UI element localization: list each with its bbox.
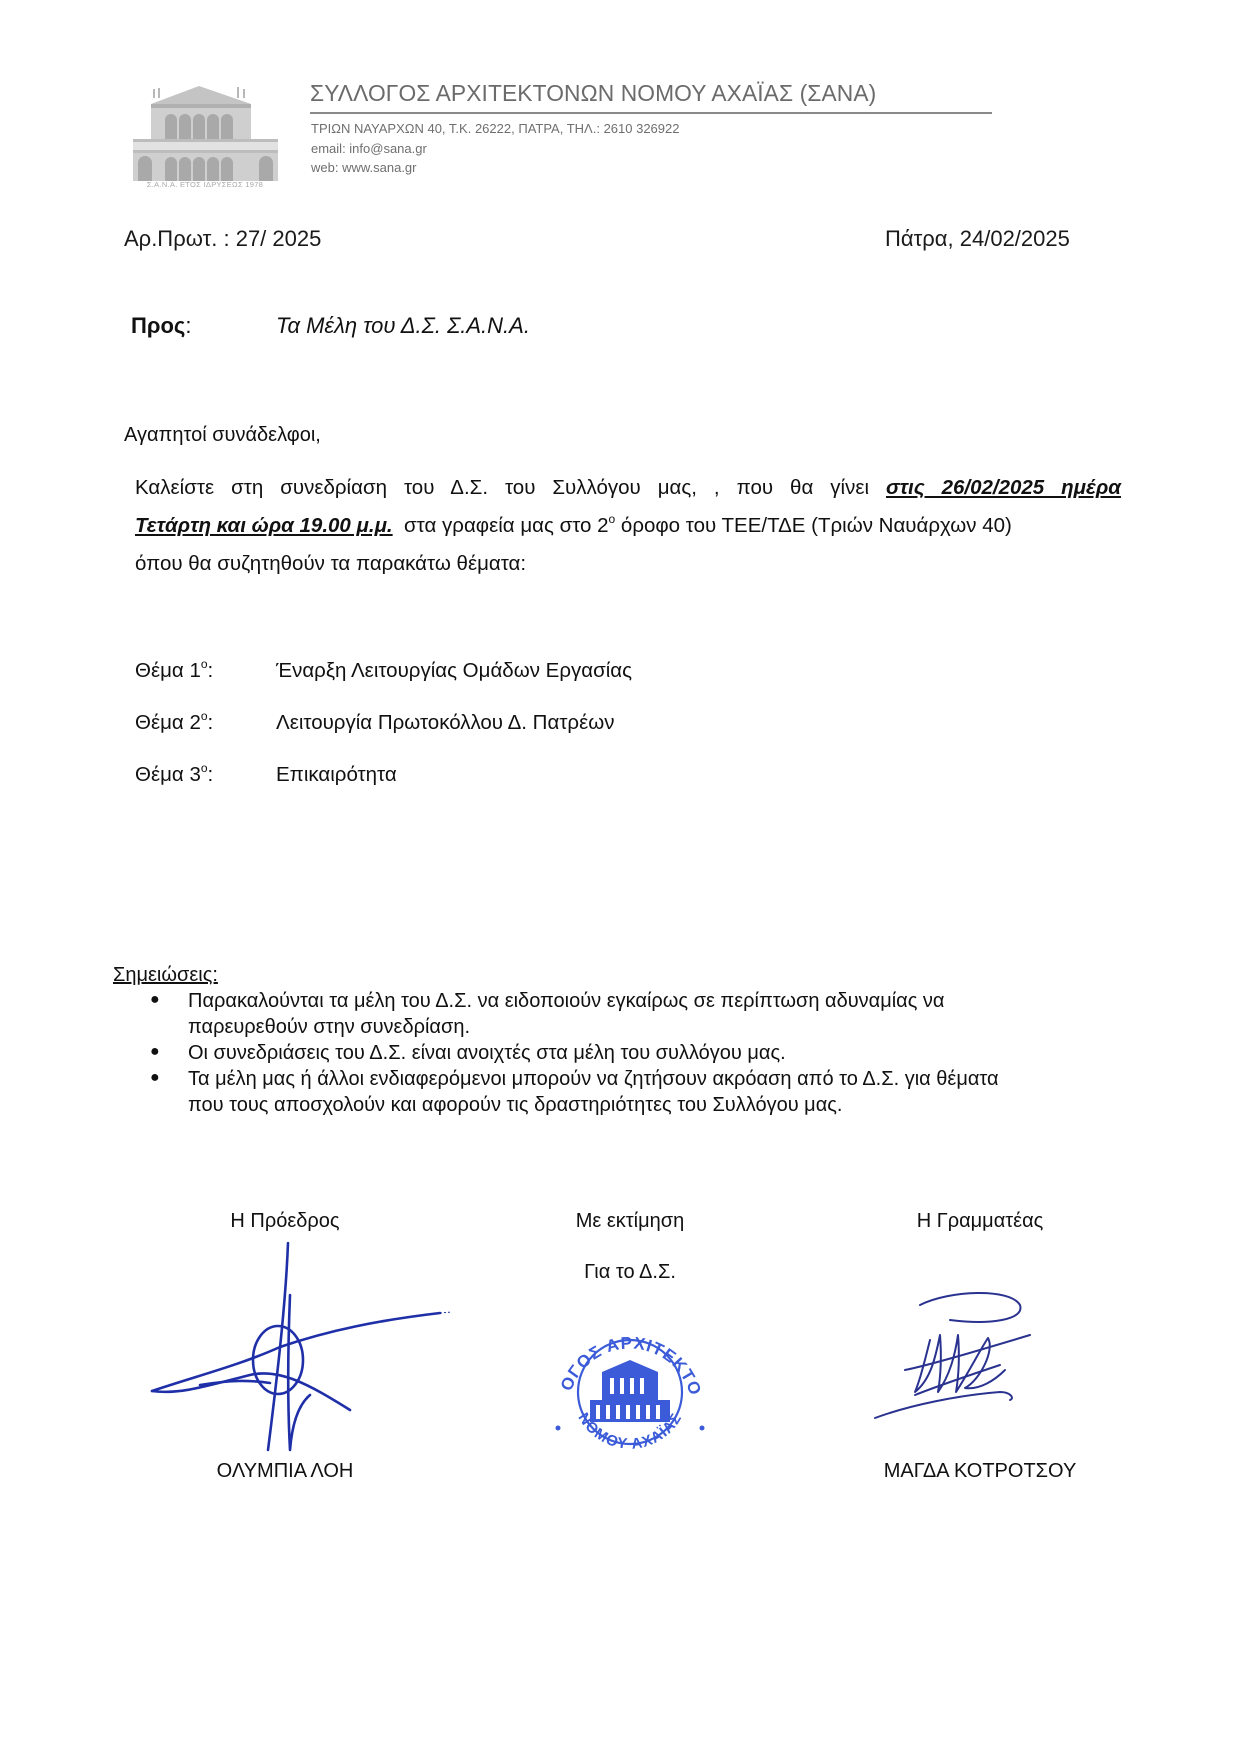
bullet-dot-icon: ● — [150, 991, 160, 1009]
paragraph-text: Καλείστε στη συνεδρίαση του Δ.Σ. του Συλ… — [135, 476, 869, 499]
secretary-title: Η Γραμματέας — [880, 1210, 1080, 1233]
logo-caption: Σ.Α.Ν.Α. ΕΤΟΣ ΙΔΡΥΣΕΩΣ 1978 — [130, 180, 280, 189]
protocol-number: Αρ.Πρωτ. : 27/ 2025 — [124, 226, 321, 252]
bullet-dot-icon: ● — [150, 1043, 160, 1061]
president-signature-icon — [140, 1235, 460, 1465]
topic-label-text: Θέμα 3 — [135, 763, 201, 786]
bullet-dot-icon: ● — [150, 1069, 160, 1087]
paragraph-line-1: Καλείστε στη συνεδρίαση του Δ.Σ. του Συλ… — [135, 476, 1121, 500]
invitation-paragraph: Καλείστε στη συνεδρίαση του Δ.Σ. του Συλ… — [135, 476, 1121, 596]
topic-1-label: Θέμα 1ο: — [135, 659, 213, 683]
topic-label-text: Θέμα 2 — [135, 711, 201, 734]
ordinal-superscript: ο — [201, 709, 208, 723]
organization-address: ΤΡΙΩΝ ΝΑΥΑΡΧΩΝ 40, Τ.Κ. 26222, ΠΑΤΡΑ, ΤΗ… — [311, 121, 679, 136]
note-line: Παρακαλούνται τα μέλη του Δ.Σ. να ειδοπο… — [188, 988, 944, 1014]
topic-2-title: Λειτουργία Πρωτοκόλλου Δ. Πατρέων — [276, 711, 614, 735]
recipient-colon: : — [185, 313, 191, 338]
recipient-label: Προς: — [131, 313, 192, 339]
organization-email: email: info@sana.gr — [311, 141, 427, 156]
topic-3-title: Επικαιρότητα — [276, 763, 397, 787]
recipient-label-text: Προς — [131, 313, 185, 338]
note-line: παρευρεθούν στην συνεδρίαση. — [188, 1014, 944, 1040]
document-date: Πάτρα, 24/02/2025 — [885, 226, 1070, 252]
note-line: Τα μέλη μας ή άλλοι ενδιαφερόμενοι μπορο… — [188, 1066, 999, 1092]
president-name: ΟΛΥΜΠΙΑ ΛΟΗ — [185, 1460, 385, 1483]
paragraph-text: όροφο του ΤΕΕ/ΤΔΕ (Τριών Ναυάρχων 40) — [615, 514, 1012, 537]
secretary-name: ΜΑΓΔΑ ΚΟΤΡΟΤΣΟΥ — [860, 1460, 1100, 1483]
note-line: Οι συνεδριάσεις του Δ.Σ. είναι ανοιχτές … — [188, 1040, 786, 1066]
meeting-time-emphasis: Τετάρτη και ώρα 19.00 μ.μ. — [135, 514, 393, 537]
paragraph-line-3: όπου θα συζητηθούν τα παρακάτω θέματα: — [135, 552, 1121, 576]
topic-1-title: Έναρξη Λειτουργίας Ομάδων Εργασίας — [276, 659, 632, 683]
topic-colon: : — [208, 711, 214, 734]
closing-regards: Με εκτίμηση — [530, 1210, 730, 1233]
recipient-value: Τα Μέλη του Δ.Σ. Σ.Α.Ν.Α. — [276, 313, 530, 339]
paragraph-text: όπου θα συζητηθούν τα παρακάτω θέματα: — [135, 552, 526, 575]
association-stamp-icon: ΣΥΛΛΟΓΟΣ ΑΡΧΙΤΕΚΤΟΝΩΝ ΝΟΜΟΥ ΑΧΑΪΑΣ — [540, 1300, 720, 1480]
ordinal-superscript: ο — [201, 761, 208, 775]
letterhead-divider — [310, 112, 992, 114]
organization-name: ΣΥΛΛΟΓΟΣ ΑΡΧΙΤΕΚΤΟΝΩΝ ΝΟΜΟΥ ΑΧΑΪΑΣ (ΣΑΝΑ… — [310, 80, 876, 107]
topic-2-label: Θέμα 2ο: — [135, 711, 213, 735]
note-line: που τους αποσχολούν και αφορούν τις δρασ… — [188, 1092, 999, 1118]
notes-title: Σημειώσεις: — [113, 964, 218, 987]
paragraph-text: στα γραφεία μας στο 2 — [393, 514, 609, 537]
topic-colon: : — [208, 659, 214, 682]
topic-colon: : — [208, 763, 214, 786]
meeting-date-emphasis: στις 26/02/2025 ημέρα — [886, 476, 1121, 499]
topic-label-text: Θέμα 1 — [135, 659, 201, 682]
paragraph-line-2: Τετάρτη και ώρα 19.00 μ.μ. στα γραφεία μ… — [135, 514, 1121, 538]
note-item-1: Παρακαλούνται τα μέλη του Δ.Σ. να ειδοπο… — [188, 988, 944, 1040]
secretary-signature-icon — [870, 1280, 1070, 1430]
greeting: Αγαπητοί συνάδελφοι, — [124, 424, 321, 447]
topic-3-label: Θέμα 3ο: — [135, 763, 213, 787]
president-title: Η Πρόεδρος — [185, 1210, 385, 1233]
on-behalf-of-board: Για το Δ.Σ. — [530, 1261, 730, 1284]
ordinal-superscript: ο — [201, 657, 208, 671]
note-item-3: Τα μέλη μας ή άλλοι ενδιαφερόμενοι μπορο… — [188, 1066, 999, 1118]
organization-website: web: www.sana.gr — [311, 160, 417, 175]
note-item-2: Οι συνεδριάσεις του Δ.Σ. είναι ανοιχτές … — [188, 1040, 786, 1066]
